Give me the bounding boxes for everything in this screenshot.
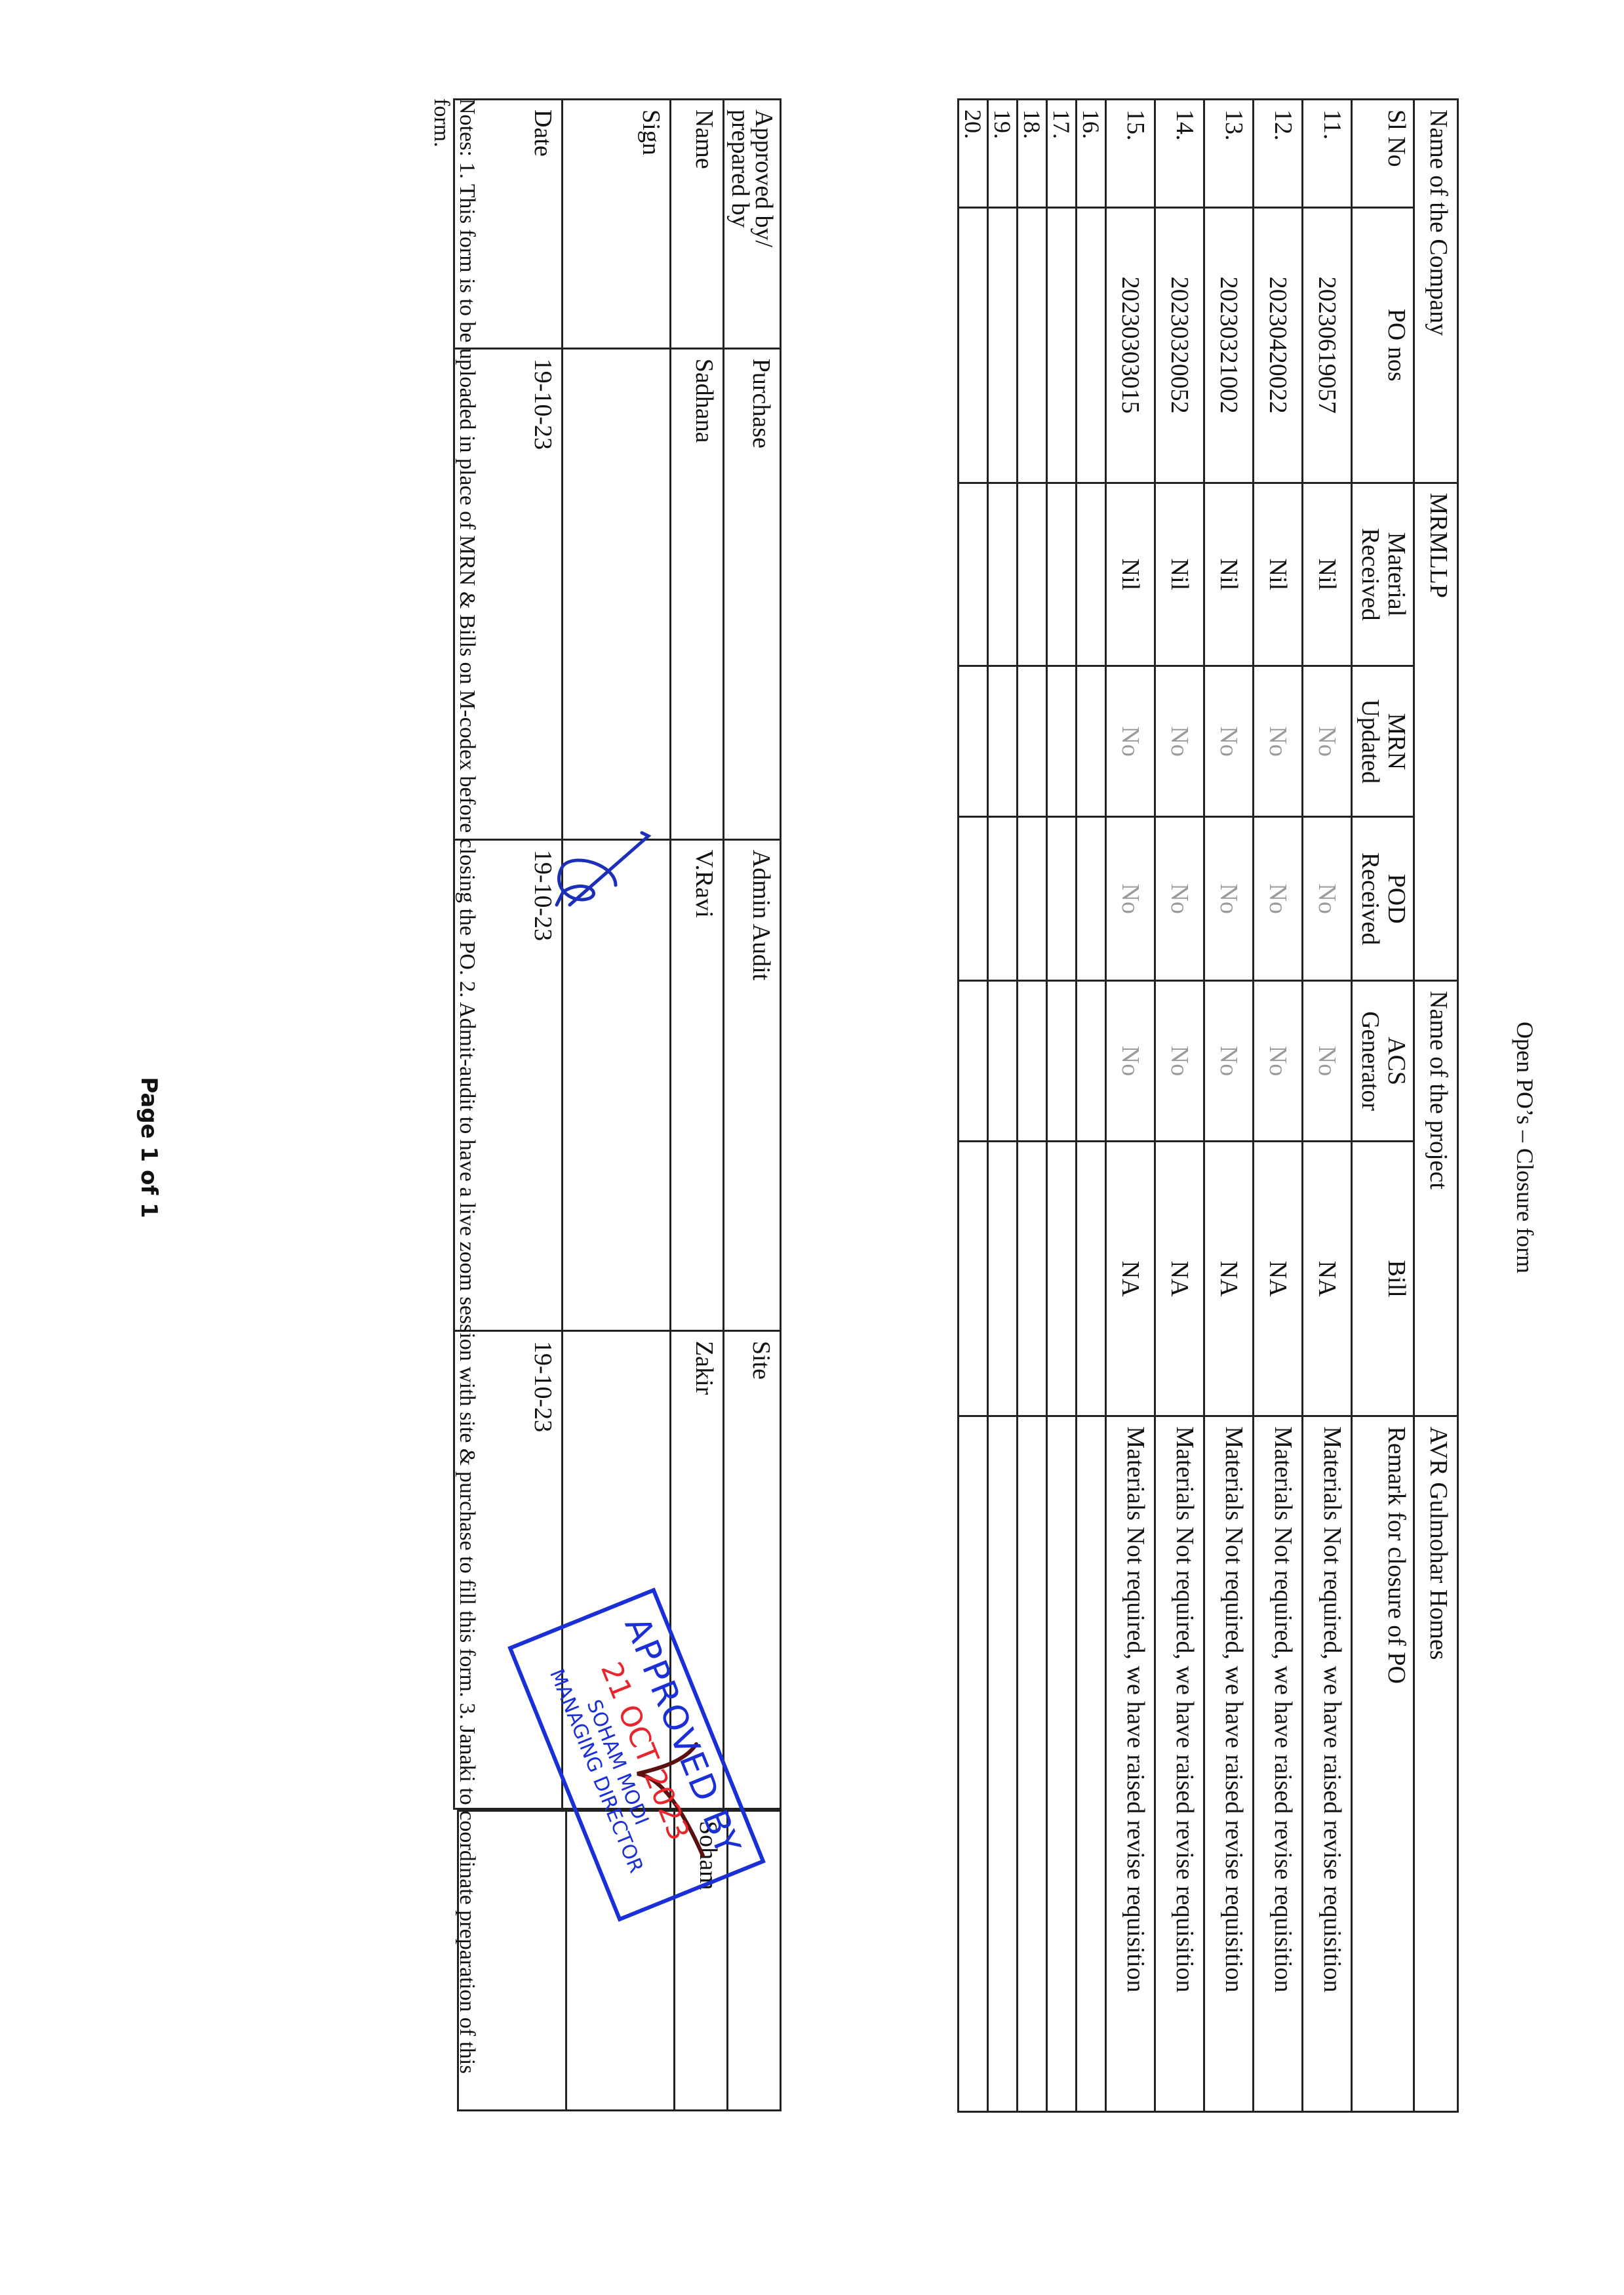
- cell-remark: [959, 1416, 988, 2112]
- table-row: 11.20230619057NilNoNoNoNAMaterials Not r…: [1303, 100, 1352, 2112]
- cell-material-received: [988, 483, 1018, 666]
- cell-po-no: [988, 207, 1018, 483]
- column-header-row: Sl No PO nos MaterialReceived MRNUpdated…: [1352, 100, 1414, 2112]
- cell-sl-no: 16.: [1077, 100, 1106, 208]
- po-closure-table: Name of the Company MRMLLP Name of the p…: [957, 98, 1459, 2113]
- cell-acs-generator: No: [1106, 981, 1155, 1142]
- signoff-role-row: Approved by/ prepared by Purchase Admin …: [723, 100, 780, 1809]
- cell-material-received: Nil: [1254, 483, 1303, 666]
- cell-pod-received: [959, 817, 988, 981]
- project-label: Name of the project: [1414, 981, 1458, 1416]
- table-row: 15.20230303015NilNoNoNoNAMaterials Not r…: [1106, 100, 1155, 2112]
- cell-material-received: Nil: [1303, 483, 1352, 666]
- company-value: MRMLLP: [1414, 483, 1458, 981]
- cell-sl-no: 12.: [1254, 100, 1303, 208]
- cell-acs-generator: No: [1155, 981, 1204, 1142]
- sign-purchase: [562, 348, 670, 839]
- cell-sl-no: 20.: [959, 100, 988, 208]
- project-value: AVR Gulmohar Homes: [1414, 1416, 1458, 2112]
- cell-material-received: [1047, 483, 1077, 666]
- col-mrn-updated: MRNUpdated: [1352, 666, 1414, 817]
- table-row: 16.: [1077, 100, 1106, 2112]
- company-project-row: Name of the Company MRMLLP Name of the p…: [1414, 100, 1458, 2112]
- cell-pod-received: No: [1106, 817, 1155, 981]
- signoff-sign-row: Sign: [562, 100, 670, 1809]
- cell-mrn-updated: [988, 666, 1018, 817]
- cell-remark: [1018, 1416, 1047, 2112]
- name-purchase: Sadhana: [670, 348, 723, 839]
- cell-po-no: 20230320052: [1155, 207, 1204, 483]
- col-po-nos: PO nos: [1352, 207, 1414, 483]
- cell-remark: [988, 1416, 1018, 2112]
- cell-remark: Materials Not required, we have raised r…: [1254, 1416, 1303, 2112]
- cell-pod-received: No: [1204, 817, 1254, 981]
- cell-acs-generator: [1047, 981, 1077, 1142]
- cell-remark: Materials Not required, we have raised r…: [1155, 1416, 1204, 2112]
- table-row: 19.: [988, 100, 1018, 2112]
- cell-bill: NA: [1303, 1141, 1352, 1416]
- cell-mrn-updated: [959, 666, 988, 817]
- cell-acs-generator: No: [1303, 981, 1352, 1142]
- cell-mrn-updated: No: [1106, 666, 1155, 817]
- cell-pod-received: No: [1303, 817, 1352, 981]
- cell-pod-received: No: [1155, 817, 1204, 981]
- cell-sl-no: 11.: [1303, 100, 1352, 208]
- signoff-name-row: Name Sadhana V.Ravi Zakir: [670, 100, 723, 1809]
- role-admin-audit: Admin Audit: [723, 839, 780, 1330]
- cell-material-received: Nil: [1106, 483, 1155, 666]
- cell-mrn-updated: [1077, 666, 1106, 817]
- cell-bill: [988, 1141, 1018, 1416]
- cell-po-no: [959, 207, 988, 483]
- page-number: Page 1 of 1: [136, 0, 162, 2295]
- role-label: Approved by/ prepared by: [723, 100, 780, 349]
- cell-po-no: [1018, 207, 1047, 483]
- table-row: 18.: [1018, 100, 1047, 2112]
- notes-text: Notes: 1. This form is to be uploaded in…: [429, 98, 480, 2111]
- cell-material-received: [1018, 483, 1047, 666]
- name-label: Name: [670, 100, 723, 349]
- cell-acs-generator: [988, 981, 1018, 1142]
- handwritten-signature-icon: [550, 826, 655, 918]
- table-row: 14.20230320052NilNoNoNoNAMaterials Not r…: [1155, 100, 1204, 2112]
- cell-material-received: [959, 483, 988, 666]
- col-material-received: MaterialReceived: [1352, 483, 1414, 666]
- col-bill: Bill: [1352, 1141, 1414, 1416]
- col-pod-received: PODReceived: [1352, 817, 1414, 981]
- cell-bill: NA: [1106, 1141, 1155, 1416]
- cell-material-received: Nil: [1204, 483, 1254, 666]
- cell-po-no: 20230420022: [1254, 207, 1303, 483]
- cell-mrn-updated: [1047, 666, 1077, 817]
- cell-material-received: [1077, 483, 1106, 666]
- cell-pod-received: [1047, 817, 1077, 981]
- cell-remark: Materials Not required, we have raised r…: [1204, 1416, 1254, 2112]
- cell-po-no: [1077, 207, 1106, 483]
- cell-acs-generator: No: [1254, 981, 1303, 1142]
- cell-sl-no: 14.: [1155, 100, 1204, 208]
- cell-po-no: 20230321002: [1204, 207, 1254, 483]
- cell-bill: NA: [1204, 1141, 1254, 1416]
- document-title: Open PO’s – Closure form: [1511, 0, 1539, 2295]
- cell-remark: Materials Not required, we have raised r…: [1303, 1416, 1352, 2112]
- col-acs-generator: ACSGenerator: [1352, 981, 1414, 1142]
- cell-bill: [959, 1141, 988, 1416]
- cell-sl-no: 15.: [1106, 100, 1155, 208]
- signoff-table: Approved by/ prepared by Purchase Admin …: [453, 98, 782, 1810]
- sign-label: Sign: [562, 100, 670, 349]
- cell-bill: [1077, 1141, 1106, 1416]
- table-row: 17.: [1047, 100, 1077, 2112]
- cell-po-no: [1047, 207, 1077, 483]
- cell-sl-no: 18.: [1018, 100, 1047, 208]
- cell-bill: [1018, 1141, 1047, 1416]
- col-sl-no: Sl No: [1352, 100, 1414, 208]
- cell-acs-generator: No: [1204, 981, 1254, 1142]
- cell-remark: [1047, 1416, 1077, 2112]
- document-page: Open PO’s – Closure form Name of the Com…: [0, 0, 1624, 2295]
- cell-remark: Materials Not required, we have raised r…: [1106, 1416, 1155, 2112]
- cell-po-no: 20230619057: [1303, 207, 1352, 483]
- company-label: Name of the Company: [1414, 100, 1458, 483]
- role-purchase: Purchase: [723, 348, 780, 839]
- table-row: 20.: [959, 100, 988, 2112]
- col-remark: Remark for closure of PO: [1352, 1416, 1414, 2112]
- cell-pod-received: [1077, 817, 1106, 981]
- cell-mrn-updated: No: [1254, 666, 1303, 817]
- cell-bill: NA: [1155, 1141, 1204, 1416]
- cell-mrn-updated: No: [1303, 666, 1352, 817]
- cell-bill: [1047, 1141, 1077, 1416]
- cell-acs-generator: [1077, 981, 1106, 1142]
- cell-sl-no: 17.: [1047, 100, 1077, 208]
- cell-acs-generator: [959, 981, 988, 1142]
- table-row: 13.20230321002NilNoNoNoNAMaterials Not r…: [1204, 100, 1254, 2112]
- cell-material-received: Nil: [1155, 483, 1204, 666]
- cell-po-no: 20230303015: [1106, 207, 1155, 483]
- cell-mrn-updated: No: [1155, 666, 1204, 817]
- name-admin-audit: V.Ravi: [670, 839, 723, 1330]
- role-site: Site: [723, 1330, 780, 1808]
- cell-sl-no: 13.: [1204, 100, 1254, 208]
- cell-pod-received: [988, 817, 1018, 981]
- cell-mrn-updated: [1018, 666, 1047, 817]
- table-row: 12.20230420022NilNoNoNoNAMaterials Not r…: [1254, 100, 1303, 2112]
- cell-mrn-updated: No: [1204, 666, 1254, 817]
- cell-remark: [1077, 1416, 1106, 2112]
- cell-pod-received: [1018, 817, 1047, 981]
- cell-sl-no: 19.: [988, 100, 1018, 208]
- cell-acs-generator: [1018, 981, 1047, 1142]
- cell-pod-received: No: [1254, 817, 1303, 981]
- cell-bill: NA: [1254, 1141, 1303, 1416]
